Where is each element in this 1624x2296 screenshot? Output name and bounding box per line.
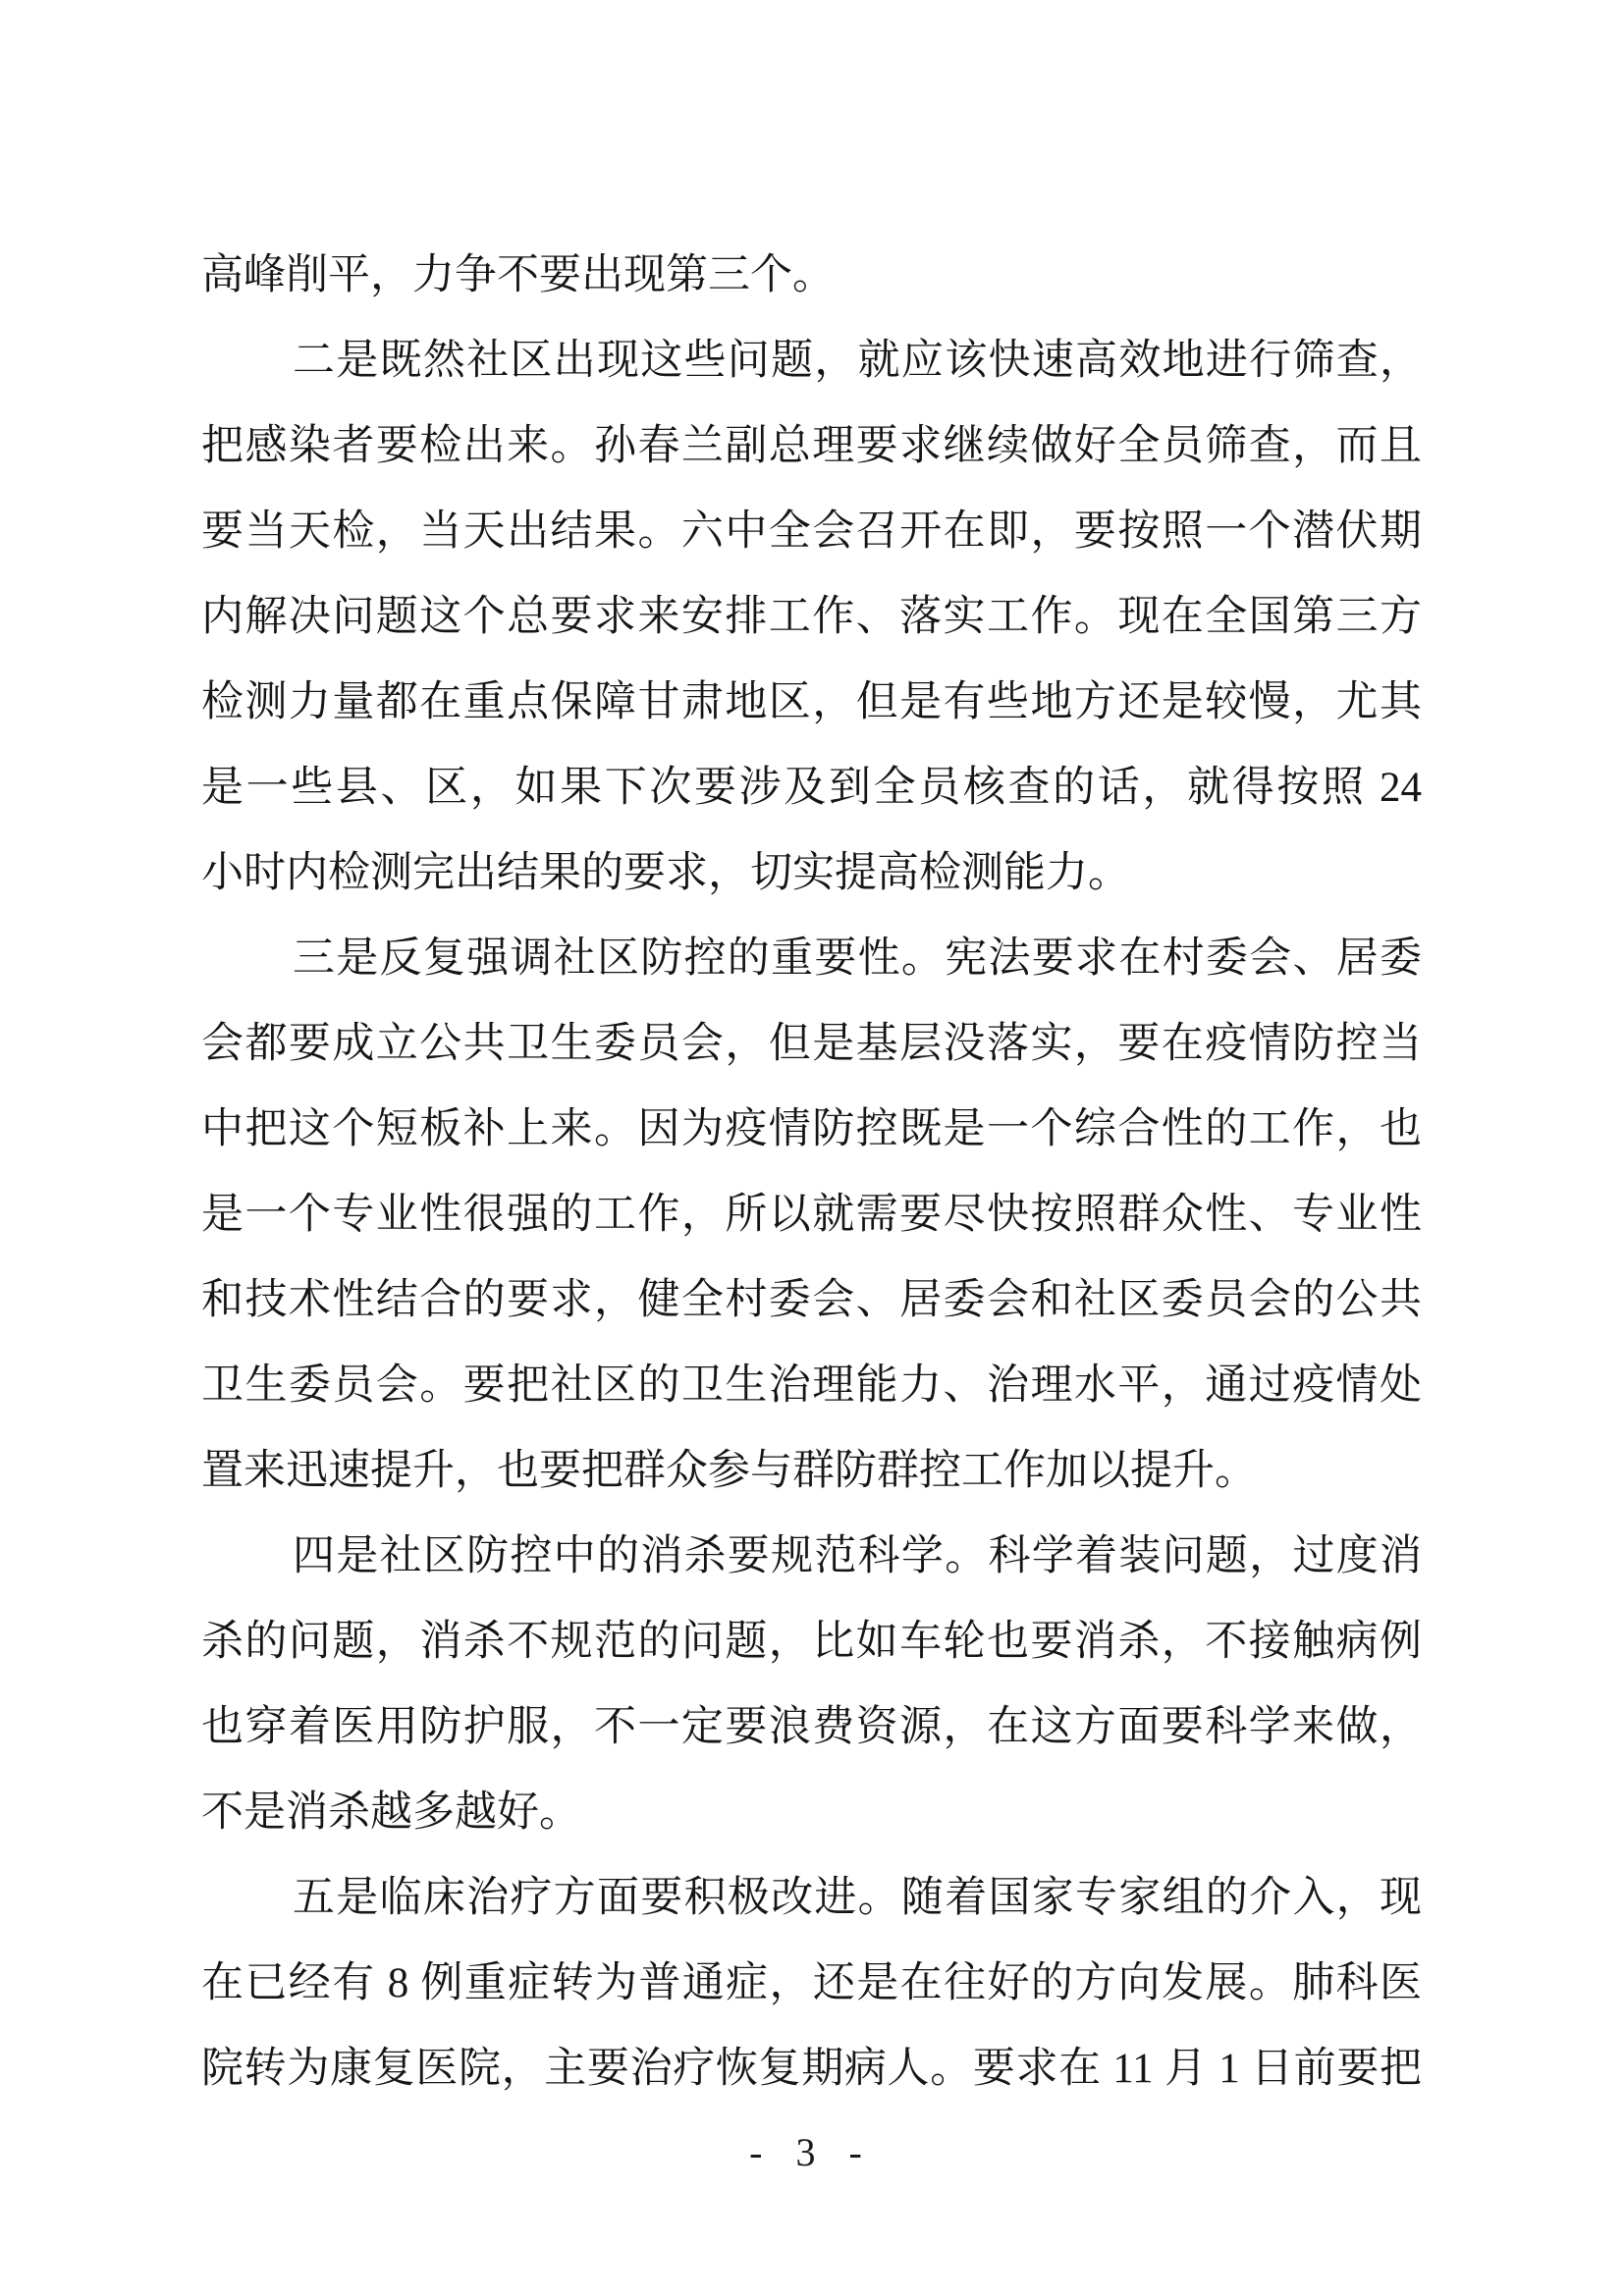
text-line: 小时内检测完出结果的要求，切实提高检测能力。 xyxy=(201,830,1422,916)
text-line: 会都要成立公共卫生委员会，但是基层没落实，要在疫情防控当 xyxy=(201,1001,1422,1087)
page-footer: - 3 - xyxy=(201,2128,1422,2177)
page-number: - 3 - xyxy=(749,2130,874,2174)
text-line: 杀的问题，消杀不规范的问题，比如车轮也要消杀，不接触病例 xyxy=(201,1599,1422,1684)
document-page: 高峰削平，力争不要出现第三个。二是既然社区出现这些问题，就应该快速高效地进行筛查… xyxy=(0,0,1624,2296)
text-line: 检测力量都在重点保障甘肃地区，但是有些地方还是较慢，尤其 xyxy=(201,660,1422,745)
text-line: 也穿着医用防护服，不一定要浪费资源，在这方面要科学来做， xyxy=(201,1684,1422,1770)
text-line: 四是社区防控中的消杀要规范科学。科学着装问题，过度消 xyxy=(201,1514,1422,1599)
text-line: 卫生委员会。要把社区的卫生治理能力、治理水平，通过疫情处 xyxy=(201,1343,1422,1428)
document-body: 高峰削平，力争不要出现第三个。二是既然社区出现这些问题，就应该快速高效地进行筛查… xyxy=(201,233,1422,2111)
text-line: 三是反复强调社区防控的重要性。宪法要求在村委会、居委 xyxy=(201,916,1422,1001)
text-line: 二是既然社区出现这些问题，就应该快速高效地进行筛查， xyxy=(201,318,1422,403)
text-line: 置来迅速提升，也要把群众参与群防群控工作加以提升。 xyxy=(201,1428,1422,1514)
text-line: 不是消杀越多越好。 xyxy=(201,1770,1422,1855)
text-line: 是一些县、区，如果下次要涉及到全员核查的话，就得按照 24 xyxy=(201,745,1422,830)
text-line: 院转为康复医院，主要治疗恢复期病人。要求在 11 月 1 日前要把 xyxy=(201,2026,1422,2111)
text-line: 把感染者要检出来。孙春兰副总理要求继续做好全员筛查，而且 xyxy=(201,403,1422,489)
text-line: 要当天检，当天出结果。六中全会召开在即，要按照一个潜伏期 xyxy=(201,489,1422,574)
text-line: 中把这个短板补上来。因为疫情防控既是一个综合性的工作，也 xyxy=(201,1087,1422,1172)
text-line: 五是临床治疗方面要积极改进。随着国家专家组的介入，现 xyxy=(201,1855,1422,1941)
text-line: 在已经有 8 例重症转为普通症，还是在往好的方向发展。肺科医 xyxy=(201,1941,1422,2026)
text-line: 是一个专业性很强的工作，所以就需要尽快按照群众性、专业性 xyxy=(201,1172,1422,1257)
text-line: 内解决问题这个总要求来安排工作、落实工作。现在全国第三方 xyxy=(201,574,1422,660)
text-line: 和技术性结合的要求，健全村委会、居委会和社区委员会的公共 xyxy=(201,1257,1422,1343)
text-line: 高峰削平，力争不要出现第三个。 xyxy=(201,233,1422,318)
